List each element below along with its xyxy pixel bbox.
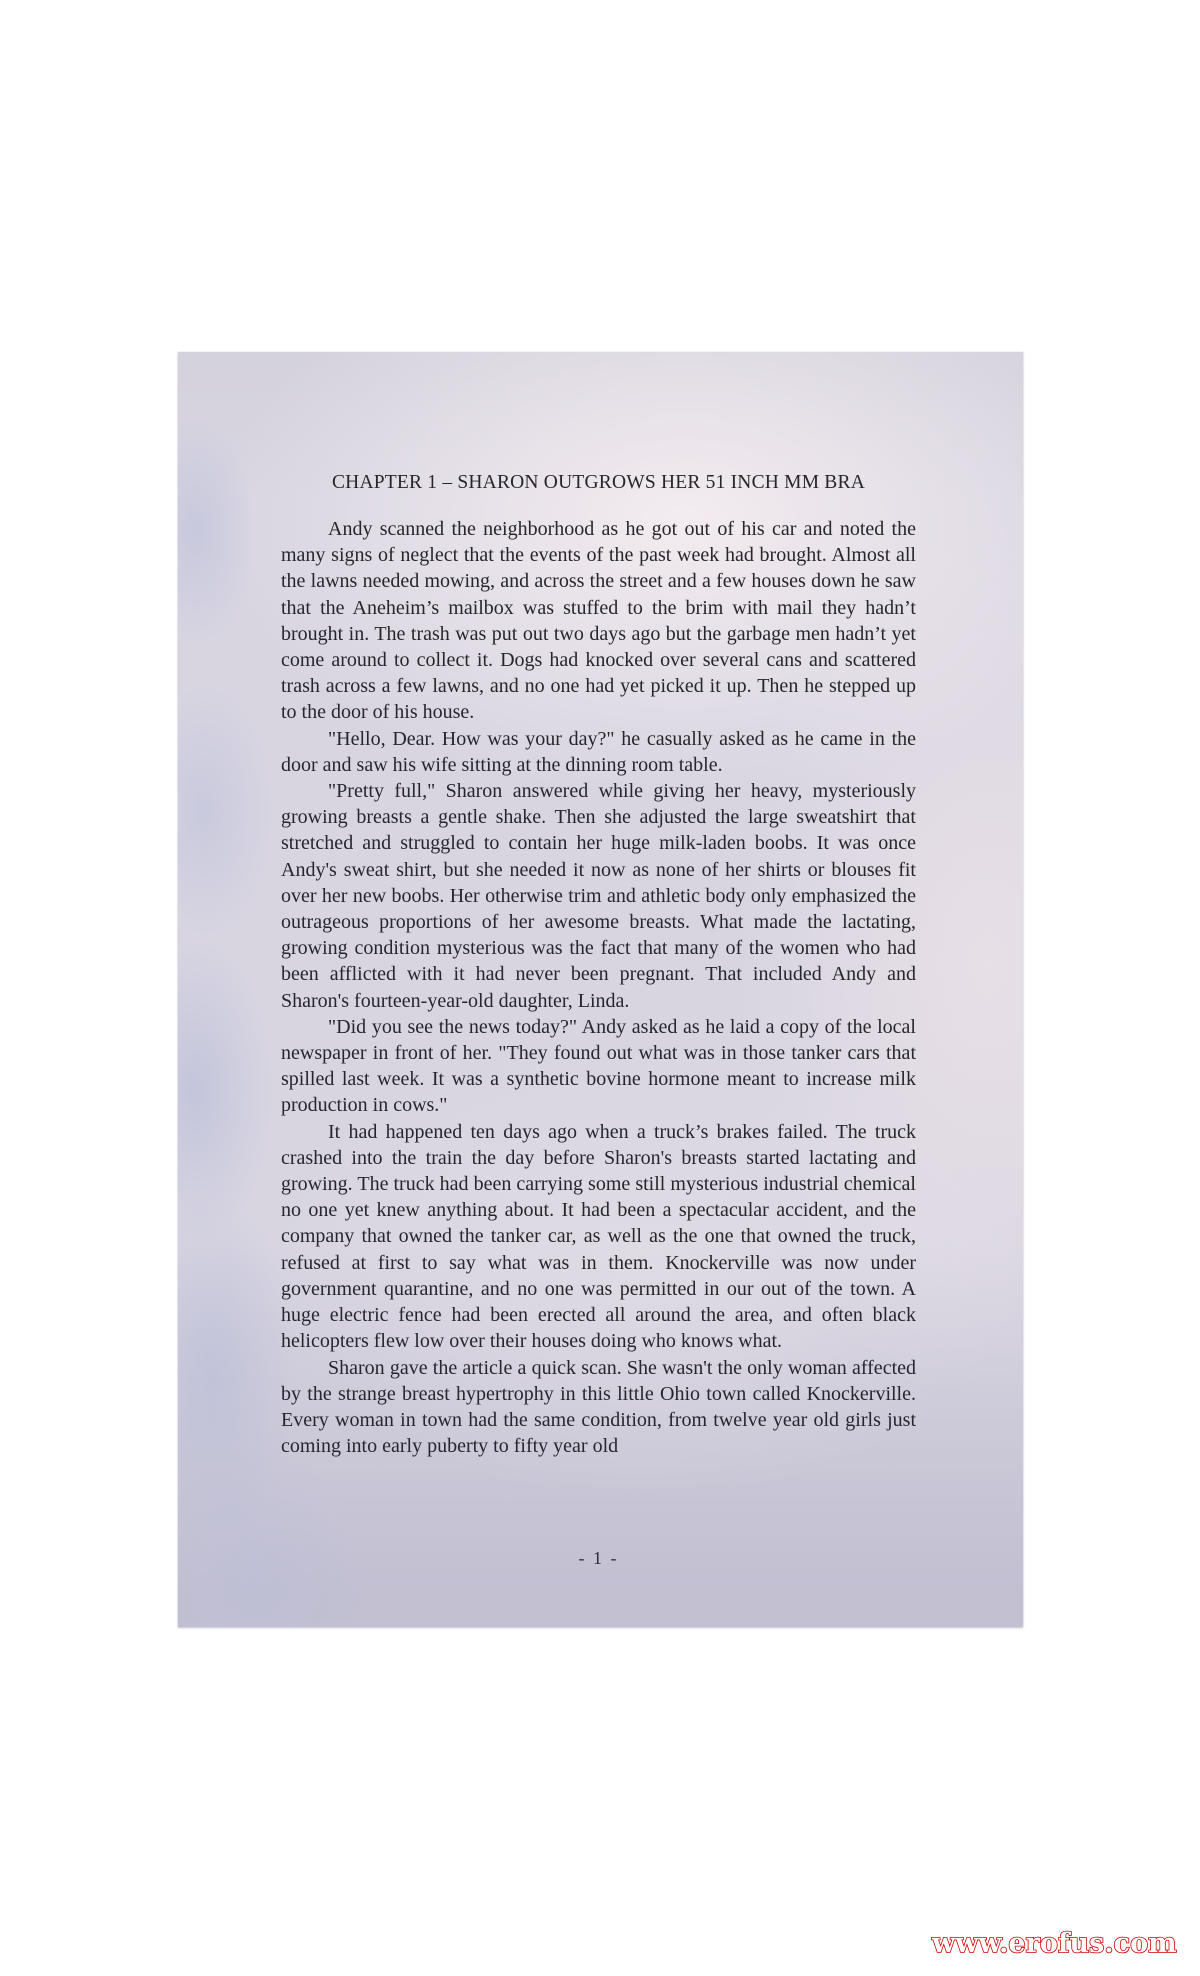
body-paragraph: It had happened ten days ago when a truc… [281,1119,916,1355]
body-paragraph: Andy scanned the neighborhood as he got … [281,516,916,726]
scanned-page: CHAPTER 1 – SHARON OUTGROWS HER 51 INCH … [178,352,1023,1627]
body-paragraph: Sharon gave the article a quick scan. Sh… [281,1355,916,1460]
body-paragraph: "Hello, Dear. How was your day?" he casu… [281,726,916,778]
body-paragraph: "Did you see the news today?" Andy asked… [281,1014,916,1119]
body-paragraph: "Pretty full," Sharon answered while giv… [281,778,916,1014]
chapter-title: CHAPTER 1 – SHARON OUTGROWS HER 51 INCH … [281,470,916,496]
story-body: Andy scanned the neighborhood as he got … [281,516,916,1459]
page-content: CHAPTER 1 – SHARON OUTGROWS HER 51 INCH … [281,470,916,1459]
page-number: - 1 - [281,1548,916,1569]
watermark: www.erofus.com [930,1926,1192,1960]
watermark-url-text: www.erofus.com [931,1928,1177,1959]
